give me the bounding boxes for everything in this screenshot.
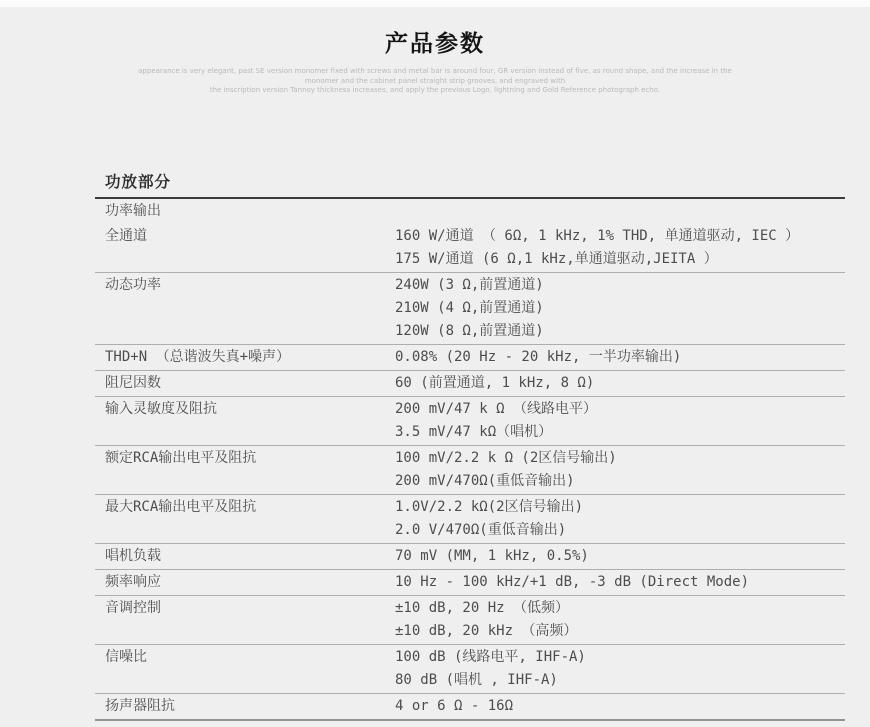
table-row: 额定RCA输出电平及阻抗 100 mV/2.2 k Ω (2区信号输出) 200… [95, 446, 845, 495]
spec-label: 输入灵敏度及阻抗 [95, 398, 395, 421]
spec-value: ±10 dB, 20 kHz （高频） [395, 620, 845, 643]
spec-value: ±10 dB, 20 Hz （低频） [395, 597, 845, 620]
spec-value: 0.08% (20 Hz - 20 kHz, 一半功率输出) [395, 346, 845, 369]
table-row: 音调控制 ±10 dB, 20 Hz （低频） ±10 dB, 20 kHz （… [95, 596, 845, 645]
spec-value: 3.5 mV/47 kΩ（唱机） [395, 421, 845, 444]
spec-label: 扬声器阻抗 [95, 695, 395, 718]
table-row: 扬声器阻抗 4 or 6 Ω - 16Ω [95, 694, 845, 721]
spec-values: 4 or 6 Ω - 16Ω [395, 695, 845, 718]
table-row: 信噪比 100 dB (线路电平, IHF-A) 80 dB (唱机 , IHF… [95, 645, 845, 694]
spec-label: 信噪比 [95, 646, 395, 669]
spec-label: 全通道 [95, 225, 395, 248]
spec-value: 200 mV/47 k Ω （线路电平） [395, 398, 845, 421]
table-row: 阻尼因数 60 (前置通道, 1 kHz, 8 Ω) [95, 371, 845, 397]
top-strip [0, 0, 870, 7]
spec-value: 175 W/通道 (6 Ω,1 kHz,单通道驱动,JEITA ） [395, 248, 845, 271]
table-row: 功率输出 [95, 199, 845, 224]
spec-value: 80 dB (唱机 , IHF-A) [395, 669, 845, 692]
intro-line: the inscription version Tannoy thickness… [0, 86, 870, 96]
intro-line: appearance is very elegant, past SE vers… [0, 67, 870, 77]
spec-value: 120W (8 Ω,前置通道) [395, 320, 845, 343]
spec-values: 60 (前置通道, 1 kHz, 8 Ω) [395, 372, 845, 395]
page-title: 产品参数 [0, 27, 870, 61]
spec-value: 70 mV (MM, 1 kHz, 0.5%) [395, 545, 845, 568]
table-row: THD+N （总谐波失真+噪声） 0.08% (20 Hz - 20 kHz, … [95, 345, 845, 371]
spec-value: 160 W/通道 （ 6Ω, 1 kHz, 1% THD, 单通道驱动, IEC… [395, 225, 845, 248]
table-row: 频率响应 10 Hz - 100 kHz/+1 dB, -3 dB (Direc… [95, 570, 845, 596]
spec-values: 100 dB (线路电平, IHF-A) 80 dB (唱机 , IHF-A) [395, 646, 845, 692]
spec-value: 10 Hz - 100 kHz/+1 dB, -3 dB (Direct Mod… [395, 571, 845, 594]
spec-value: 2.0 V/470Ω(重低音输出) [395, 519, 845, 542]
spec-values: 100 mV/2.2 k Ω (2区信号输出) 200 mV/470Ω(重低音输… [395, 447, 845, 493]
spec-values: 70 mV (MM, 1 kHz, 0.5%) [395, 545, 845, 568]
spec-value: 60 (前置通道, 1 kHz, 8 Ω) [395, 372, 845, 395]
spec-label: 最大RCA输出电平及阻抗 [95, 496, 395, 519]
spec-label: 功率输出 [95, 200, 395, 223]
spec-values: 200 mV/47 k Ω （线路电平） 3.5 mV/47 kΩ（唱机） [395, 398, 845, 444]
spec-value: 1.0V/2.2 kΩ(2区信号输出) [395, 496, 845, 519]
section-title: 功放部分 [95, 170, 845, 199]
spec-value: 100 dB (线路电平, IHF-A) [395, 646, 845, 669]
table-row: 唱机负载 70 mV (MM, 1 kHz, 0.5%) [95, 544, 845, 570]
spec-values: 10 Hz - 100 kHz/+1 dB, -3 dB (Direct Mod… [395, 571, 845, 594]
spec-value: 240W (3 Ω,前置通道) [395, 274, 845, 297]
spec-label: 音调控制 [95, 597, 395, 620]
spec-values: 160 W/通道 （ 6Ω, 1 kHz, 1% THD, 单通道驱动, IEC… [395, 225, 845, 271]
spec-section: 功放部分 功率输出 全通道 160 W/通道 （ 6Ω, 1 kHz, 1% T… [95, 170, 845, 721]
spec-values: ±10 dB, 20 Hz （低频） ±10 dB, 20 kHz （高频） [395, 597, 845, 643]
spec-values: 0.08% (20 Hz - 20 kHz, 一半功率输出) [395, 346, 845, 369]
spec-label: 唱机负载 [95, 545, 395, 568]
table-row: 动态功率 240W (3 Ω,前置通道) 210W (4 Ω,前置通道) 120… [95, 273, 845, 345]
spec-label: 动态功率 [95, 274, 395, 297]
intro-line: monomer and the cabinet panel straight s… [0, 77, 870, 87]
table-row: 全通道 160 W/通道 （ 6Ω, 1 kHz, 1% THD, 单通道驱动,… [95, 224, 845, 273]
table-row: 最大RCA输出电平及阻抗 1.0V/2.2 kΩ(2区信号输出) 2.0 V/4… [95, 495, 845, 544]
spec-label: 额定RCA输出电平及阻抗 [95, 447, 395, 470]
spec-value: 210W (4 Ω,前置通道) [395, 297, 845, 320]
spec-label: THD+N （总谐波失真+噪声） [95, 346, 395, 369]
spec-label: 阻尼因数 [95, 372, 395, 395]
spec-values: 240W (3 Ω,前置通道) 210W (4 Ω,前置通道) 120W (8 … [395, 274, 845, 343]
spec-values: 1.0V/2.2 kΩ(2区信号输出) 2.0 V/470Ω(重低音输出) [395, 496, 845, 542]
intro-text: appearance is very elegant, past SE vers… [0, 67, 870, 96]
table-row: 输入灵敏度及阻抗 200 mV/47 k Ω （线路电平） 3.5 mV/47 … [95, 397, 845, 446]
spec-label: 频率响应 [95, 571, 395, 594]
spec-value: 4 or 6 Ω - 16Ω [395, 695, 845, 718]
spec-table: 功率输出 全通道 160 W/通道 （ 6Ω, 1 kHz, 1% THD, 单… [95, 199, 845, 721]
spec-value: 200 mV/470Ω(重低音输出) [395, 470, 845, 493]
spec-value: 100 mV/2.2 k Ω (2区信号输出) [395, 447, 845, 470]
